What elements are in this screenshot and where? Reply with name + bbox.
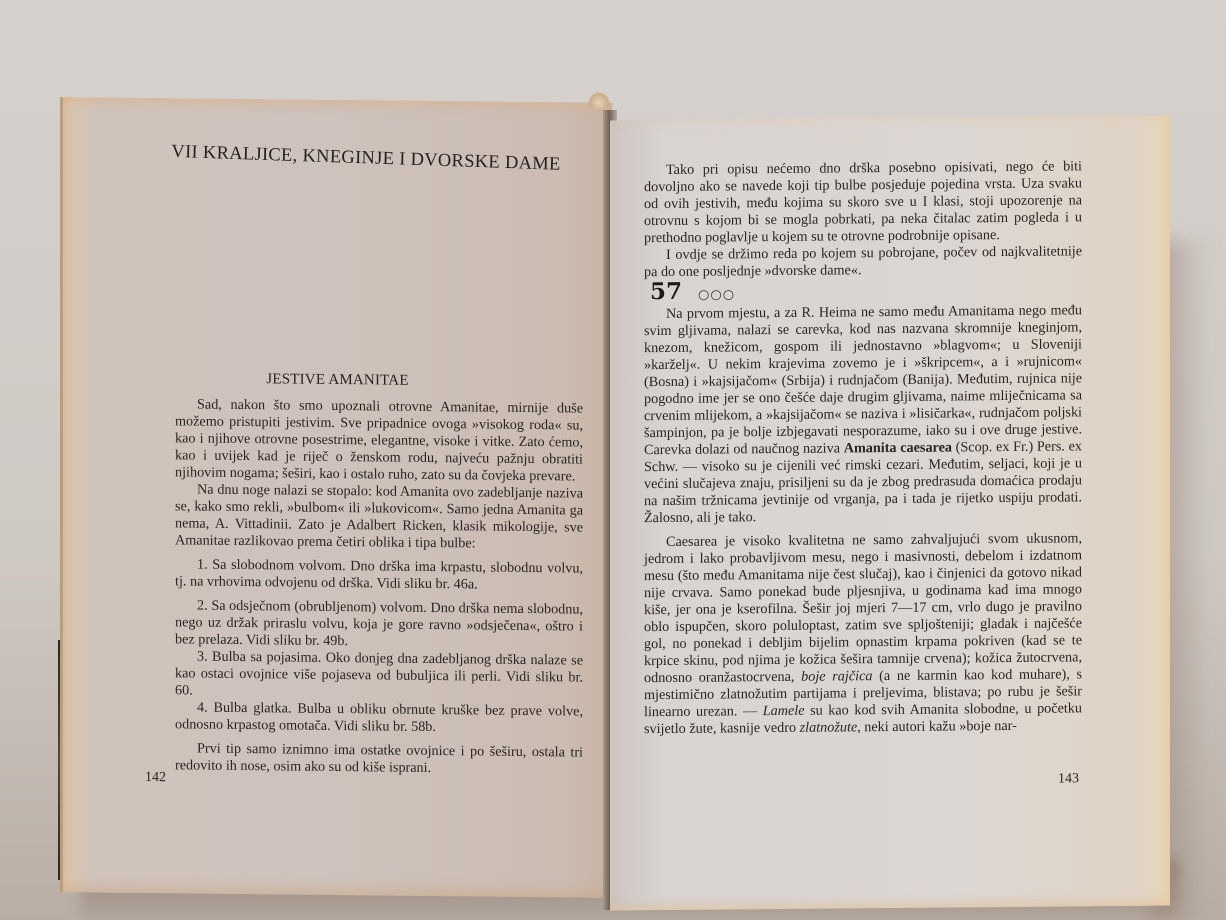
species-paragraph: Na prvom mjestu, a za R. Heima ne samo m… — [644, 302, 1082, 527]
species-number: 57 — [650, 283, 682, 300]
species-heading: 57 ○○○ — [650, 279, 1082, 304]
list-item-bulb-type-1: 1. Sa slobodnom volvom. Dno drška ima kr… — [175, 556, 583, 594]
list-item-bulb-type-2: 2. Sa odsječnom (obrubljenom) volvom. Dn… — [175, 597, 583, 652]
paragraph: Prvi tip samo iznimno ima ostatke ovojni… — [175, 740, 583, 778]
paragraph: I ovdje se držimo reda po kojem su pobro… — [644, 243, 1082, 281]
page-number: 143 — [1058, 771, 1079, 787]
left-page: VII KRALJICE, KNEGINJE I DVORSKE DAME JE… — [60, 97, 612, 898]
text-run: Caesarea je visoko kvalitetna ne samo za… — [644, 530, 1082, 686]
text-run: Na prvom mjestu, a za R. Heima ne samo m… — [644, 302, 1082, 458]
text-run: , neki autori kažu »boje nar- — [857, 718, 1017, 735]
list-item-bulb-type-3: 3. Bulba sa pojasima. Oko donjeg dna zad… — [175, 648, 583, 703]
paragraph: Sad, nakon što smo upoznali otrovne Aman… — [175, 396, 583, 485]
section-title: JESTIVE AMANITAE — [63, 369, 612, 392]
binding-thread — [588, 92, 610, 110]
paragraph: Tako pri opisu nećemo dno drška posebno … — [644, 158, 1082, 247]
list-item-bulb-type-4: 4. Bulba glatka. Bulba u obliku obrnute … — [175, 699, 583, 737]
right-page: Tako pri opisu nećemo dno drška posebno … — [610, 116, 1170, 911]
right-page-body: Tako pri opisu nećemo dno drška posebno … — [644, 158, 1082, 738]
chapter-title: VII KRALJICE, KNEGINJE I DVORSKE DAME — [166, 142, 566, 176]
edibility-rating-icon: ○○○ — [698, 286, 735, 303]
scientific-name: Amanita caesarea — [844, 439, 952, 456]
emphasis: zlatnožute — [800, 719, 858, 736]
page-number: 142 — [145, 770, 166, 786]
emphasis: Lamele — [763, 703, 805, 719]
paragraph: Na dnu noge nalazi se stopalo: kod Amani… — [175, 481, 583, 553]
caesarea-paragraph: Caesarea je visoko kvalitetna ne samo za… — [644, 530, 1082, 738]
emphasis: boje rajčica — [801, 668, 872, 685]
left-page-body: Sad, nakon što smo upoznali otrovne Aman… — [175, 396, 583, 778]
